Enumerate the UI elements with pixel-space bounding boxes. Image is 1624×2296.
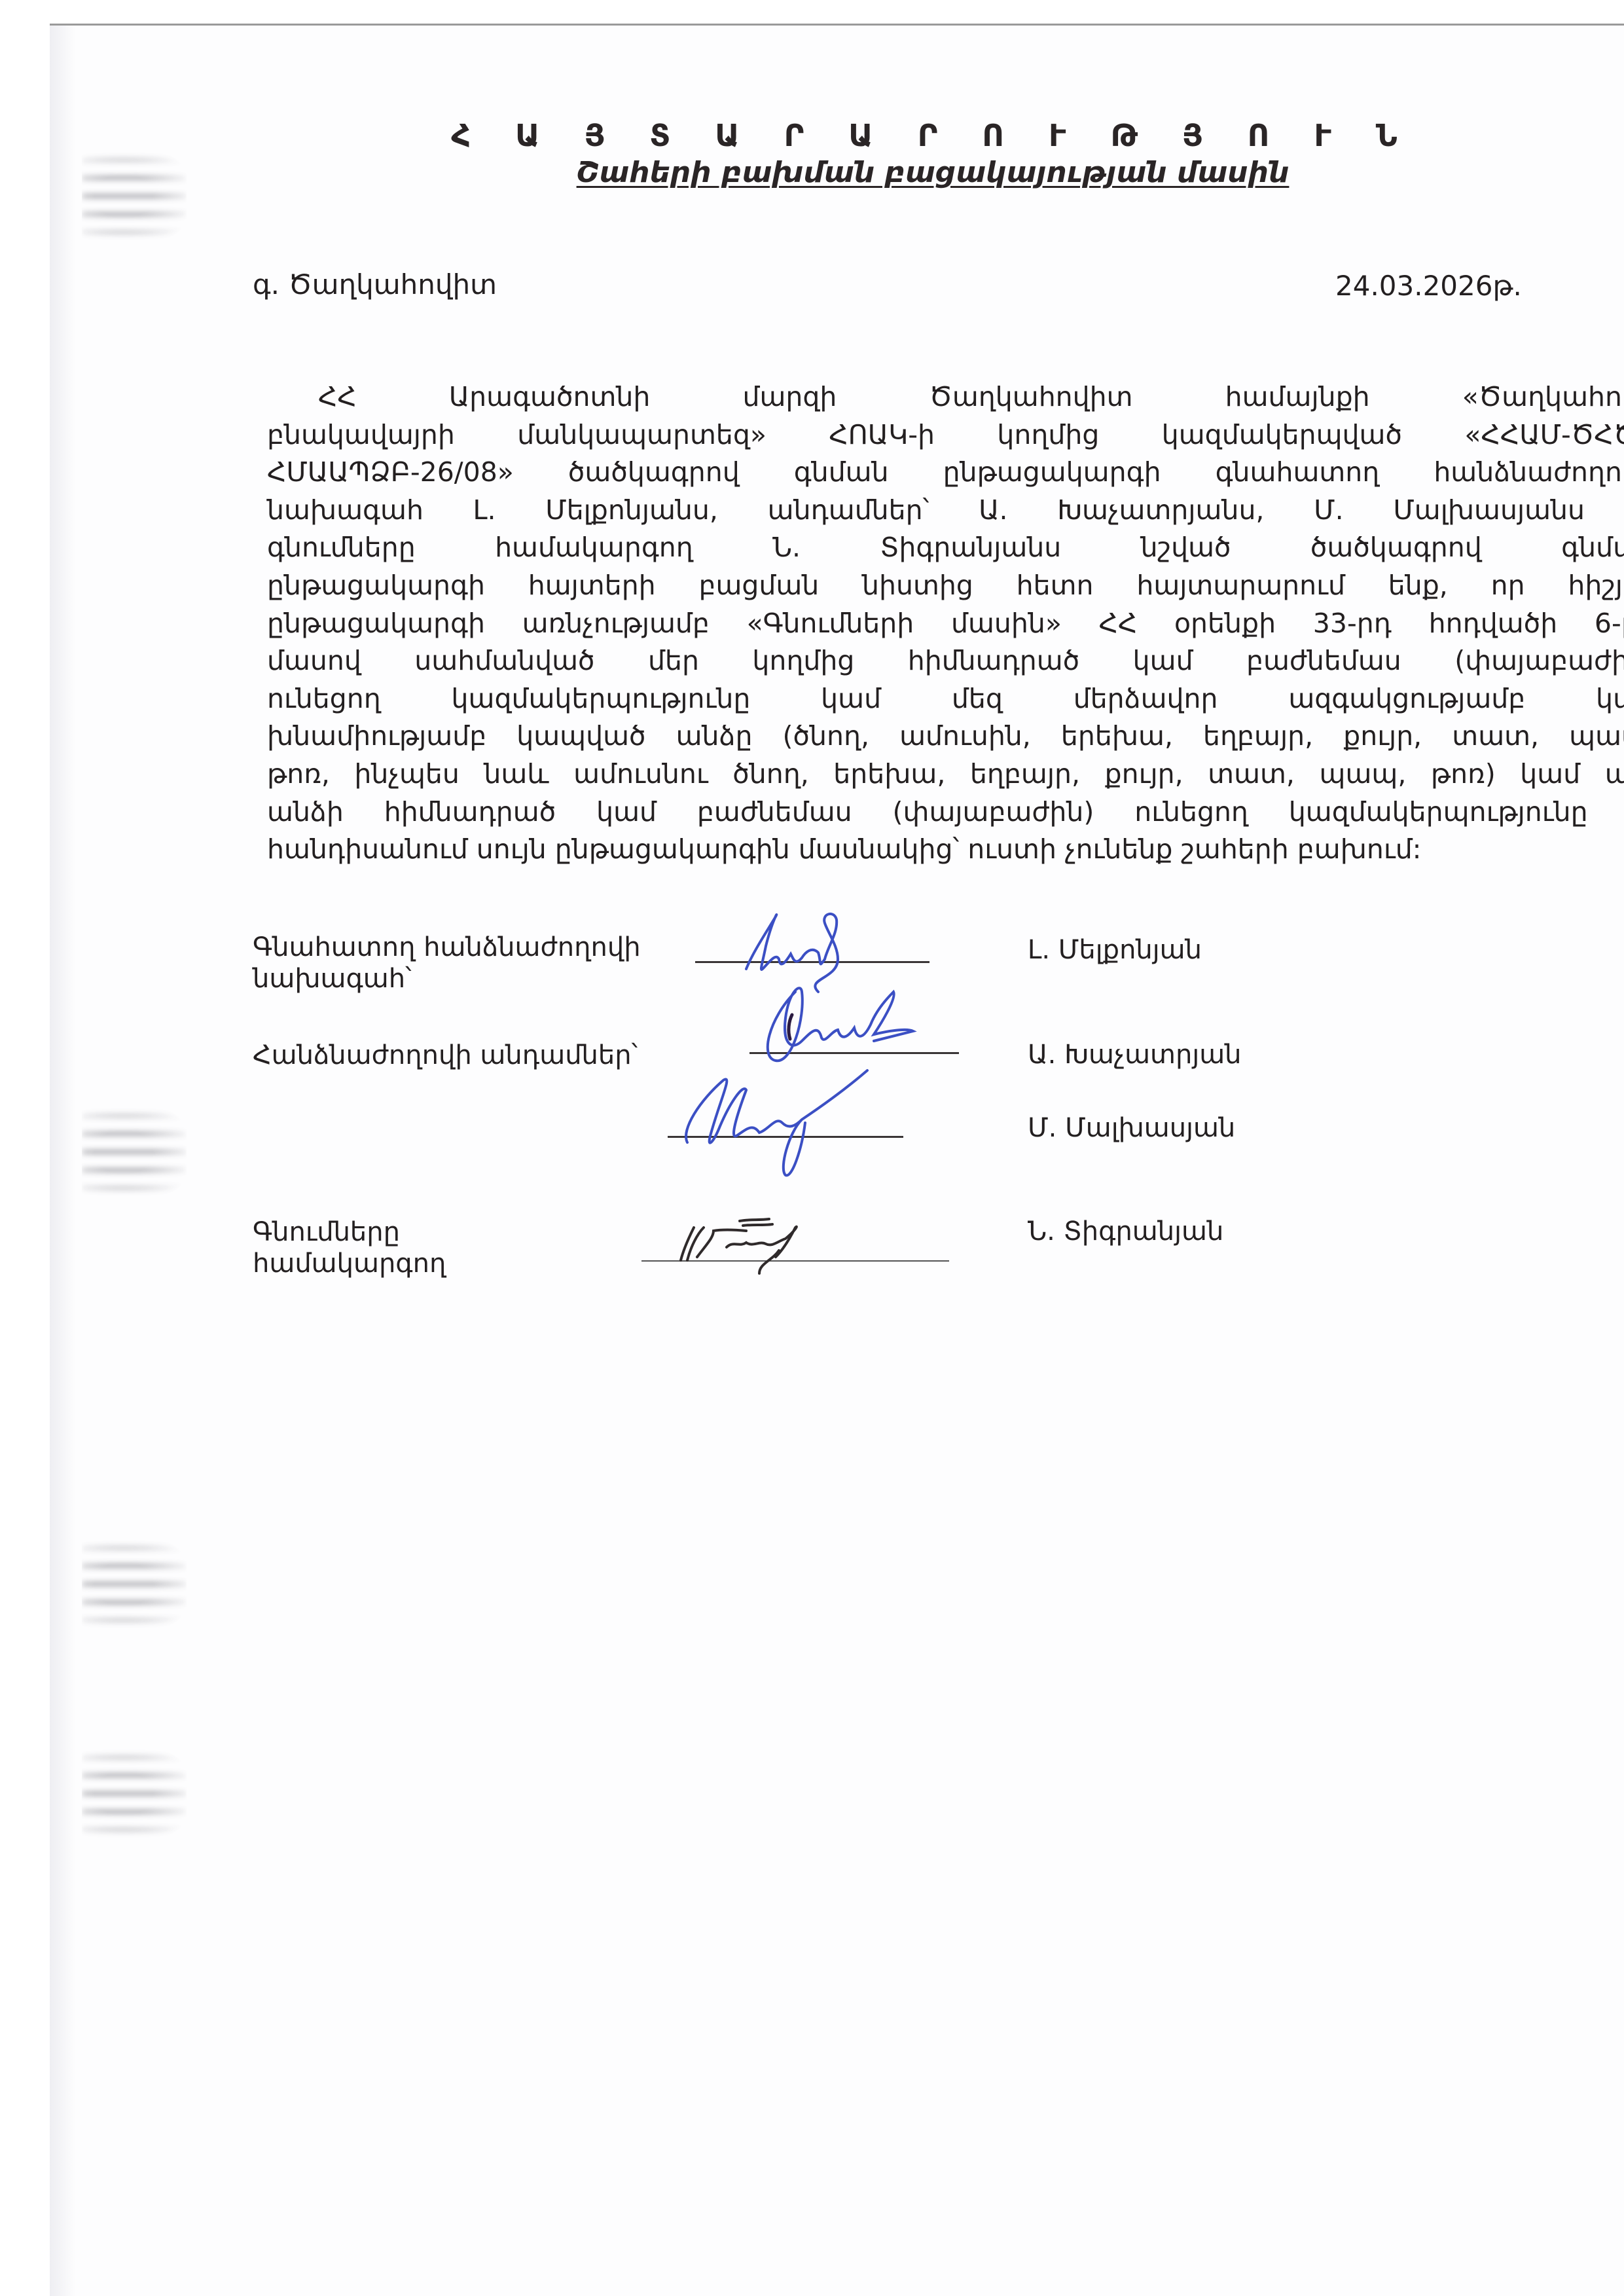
- body-line: գնումները համակարգող Ն. Տիգրանյանս նշված…: [216, 529, 1624, 567]
- signatory-name: Լ. Մելքոնյան: [1028, 935, 1202, 965]
- scanner-background: [0, 0, 51, 2296]
- body-line: խնամիությամբ կապված անձը (ծնող, ամուսին,…: [216, 718, 1624, 756]
- signature-coordinator: [668, 1211, 877, 1286]
- document-title: Հ Ա Յ Տ Ա Ր Ա Ր Ո Ւ Թ Յ Ո Ւ Ն: [0, 118, 1624, 153]
- document-subtitle-text: Շահերի բախման բացակայության մասին: [577, 156, 1290, 189]
- signature-label-line: նախագահ՝: [253, 963, 641, 994]
- body-line: մասով սահմանված մեր կողմից հիմնադրած կամ…: [216, 642, 1624, 680]
- signature-label-members: Հանձնաժողովի անդամներ՝: [253, 1040, 638, 1071]
- body-line: ընթացակարգի առնչությամբ «Գնումների մասին…: [216, 605, 1624, 643]
- body-line: ՀՀ Արագածոտնի մարզի Ծաղկահովիտ համայնքի …: [216, 378, 1624, 416]
- document-body: ՀՀ Արագածոտնի մարզի Ծաղկահովիտ համայնքի …: [216, 378, 1624, 869]
- body-line: նախագահ Լ. Մելքոնյանս, անդամներ՝ Ա. Խաչա…: [216, 492, 1624, 530]
- body-line: ընթացակարգի հայտերի բացման նիստից հետո հ…: [216, 567, 1624, 605]
- signature-label-line: համակարգող: [253, 1248, 446, 1279]
- scan-artifact: [82, 1748, 187, 1840]
- signature-label-line: Հանձնաժողովի անդամներ՝: [253, 1040, 638, 1071]
- document-subtitle: Շահերի բախման բացակայության մասին: [0, 156, 1624, 189]
- document-date: 24.03.2026թ.: [1335, 270, 1522, 302]
- scan-artifact: [82, 1539, 187, 1630]
- signatory-name: Ա. Խաչատրյան: [1028, 1040, 1242, 1070]
- body-line: անձի հիմնադրած կամ բաժնեմաս (փայաբաժին) …: [216, 793, 1624, 831]
- body-line: ՀՄԱԱՊՁԲ-26/08» ծածկագրով գնման ընթացակար…: [216, 454, 1624, 492]
- signatory-name: Մ. Մալխասյան: [1028, 1113, 1235, 1143]
- document-place: գ. Ծաղկահովիտ: [253, 268, 497, 301]
- body-line: ունեցող կազմակերպությունը կամ մեզ մերձավ…: [216, 680, 1624, 718]
- signature-label-chairman: Գնահատող հանձնաժողովի նախագահ՝: [253, 932, 641, 994]
- body-line: հանդիսանում սույն ընթացակարգին մասնակից՝…: [216, 831, 1624, 869]
- signatory-name: Ն. Տիգրանյան: [1028, 1216, 1223, 1247]
- signature-label-coordinator: Գնումները համակարգող: [253, 1216, 446, 1279]
- body-line: բնակավայրի մանկապարտեզ» ՀՈԱԿ-ի կողմից կա…: [216, 416, 1624, 454]
- signature-label-line: Գնումները: [253, 1216, 446, 1248]
- body-line: թոռ, ինչպես նաև ամուսնու ծնող, երեխա, եղ…: [216, 756, 1624, 793]
- signature-label-line: Գնահատող հանձնաժողովի: [253, 932, 641, 963]
- scan-artifact: [82, 1106, 187, 1198]
- signature-member-2: [671, 1064, 946, 1191]
